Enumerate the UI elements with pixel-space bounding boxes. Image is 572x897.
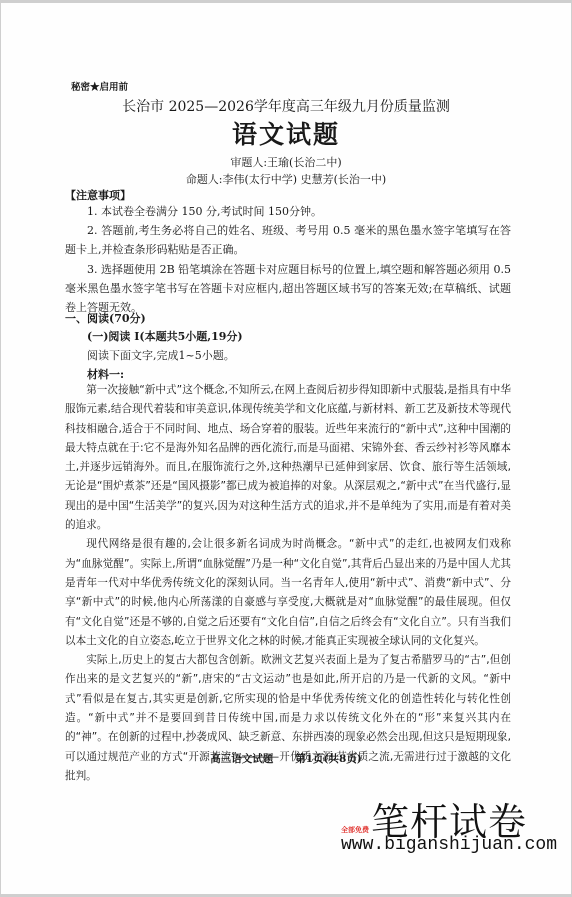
notice-item: 3. 选择题使用 2B 铅笔填涂在答题卡对应题目标号的位置上,填空题和解答题必须… (65, 260, 511, 318)
notice-item: 2. 答题前,考生务必将自己的姓名、班级、考号用 0.5 毫米的黑色墨水签字笔填… (65, 221, 511, 259)
exam-title: 长治市 2025—2026学年度高三年级九月份质量监测 (1, 96, 571, 116)
section-title: 一、阅读(70分) (65, 310, 146, 326)
material-paragraph: 第一次接触“新中式”这个概念,不知所云,在网上查阅后初步得知即新中式服装,是指具… (65, 381, 511, 535)
notice-item: 1. 本试卷全卷满分 150 分,考试时间 150分钟。 (65, 202, 511, 221)
watermark-free-tag: 全部免费 (341, 825, 369, 835)
material-paragraph: 现代网络是很有趣的,会让很多新名词成为时尚概念。“新中式”的走红,也被网友们戏称… (65, 535, 511, 651)
footer-subject: 高三语文试题 (210, 753, 273, 765)
page-footer: 高三语文试题第1页(共8页) (1, 751, 571, 766)
footer-page-number: 第1页(共8页) (295, 753, 362, 765)
notice-heading: 【注意事项】 (65, 187, 131, 203)
document-page: 秘密★启用前 长治市 2025—2026学年度高三年级九月份质量监测 语文试题 … (1, 3, 571, 894)
notice-list: 1. 本试卷全卷满分 150 分,考试时间 150分钟。 2. 答题前,考生务必… (65, 202, 511, 317)
material-text: 第一次接触“新中式”这个概念,不知所云,在网上查阅后初步得知即新中式服装,是指具… (65, 381, 511, 786)
subsection-title: (一)阅读 I(本题共5小题,19分) (87, 328, 243, 344)
author-line: 命题人:李伟(太行中学) 史慧芳(长治一中) (1, 171, 571, 187)
subject-title: 语文试题 (1, 115, 571, 151)
reviewer-line: 审题人:王瑜(长治二中) (1, 154, 571, 170)
confidential-label: 秘密★启用前 (71, 79, 128, 93)
material-label: 材料一: (87, 366, 124, 382)
watermark-url: www.biganshijuan.com (341, 835, 557, 855)
reading-instruction: 阅读下面文字,完成1~5小题。 (87, 347, 235, 363)
